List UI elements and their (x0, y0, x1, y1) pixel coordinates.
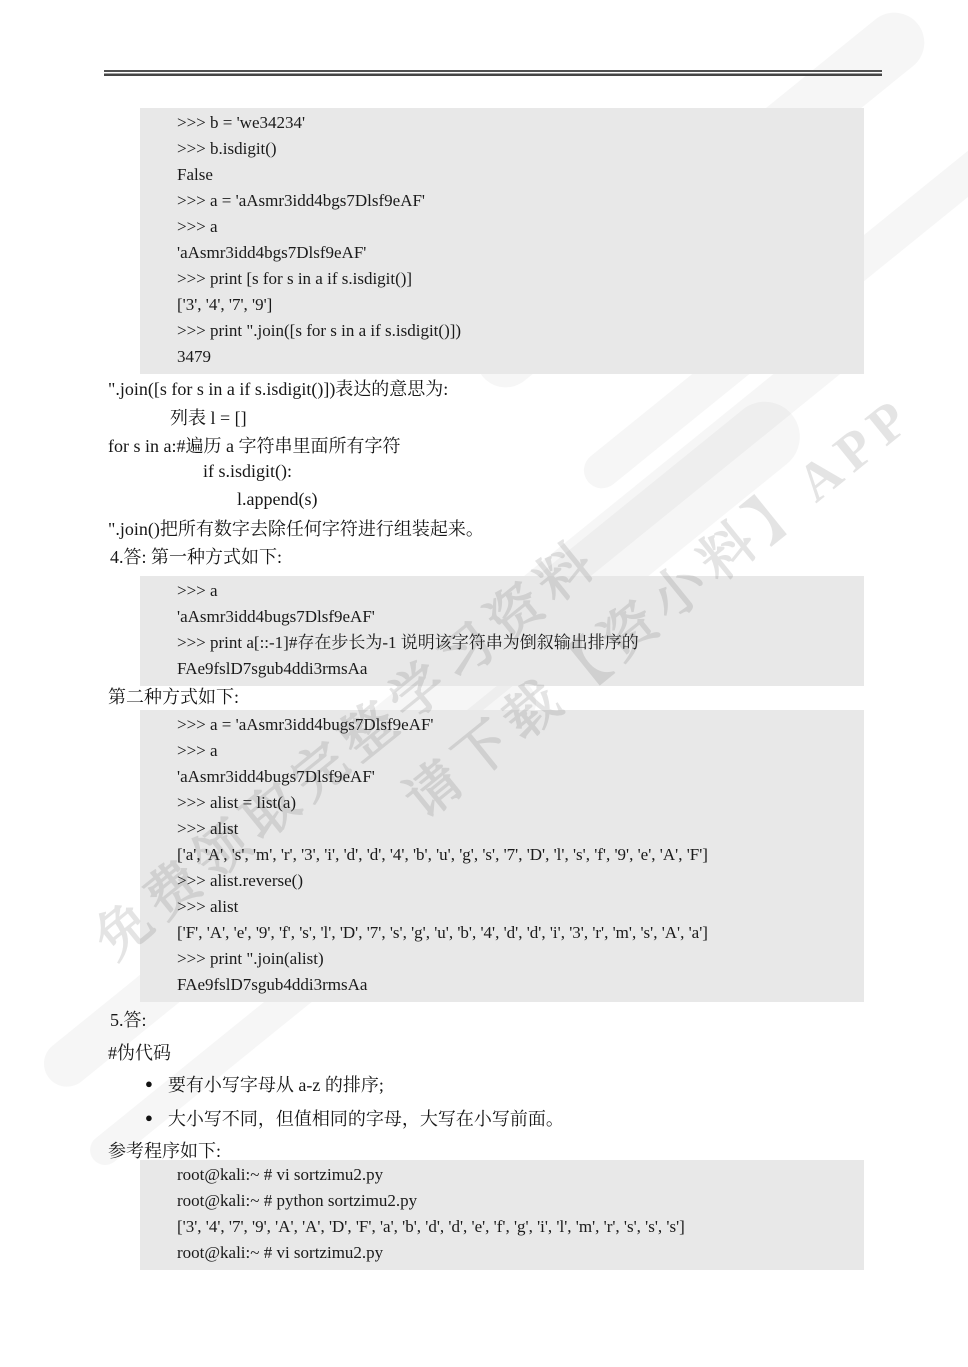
code-line: >>> alist (177, 894, 864, 920)
code-line: >>> print ".join(alist) (177, 946, 864, 972)
code-block-2: >>> a 'aAsmr3idd4bugs7Dlsf9eAF' >>> prin… (140, 576, 864, 686)
code-line: >>> a = 'aAsmr3idd4bugs7Dlsf9eAF' (177, 712, 864, 738)
para-append: l.append(s) (237, 489, 317, 510)
code-line: >>> alist = list(a) (177, 790, 864, 816)
bullet-marker: ● (145, 1076, 153, 1092)
code-line: FAe9fslD7sgub4ddi3rmsAa (177, 656, 864, 682)
para-list-init: 列表 l = [] (170, 404, 247, 430)
code-line: >>> a (177, 214, 864, 240)
code-block-1: >>> b = 'we34234' >>> b.isdigit() False … (140, 108, 864, 374)
code-line: ['3', '4', '7', '9'] (177, 292, 864, 318)
code-line: root@kali:~ # vi sortzimu2.py (177, 1240, 864, 1266)
code-line: >>> print ".join([s for s in a if s.isdi… (177, 318, 864, 344)
code-line: 'aAsmr3idd4bugs7Dlsf9eAF' (177, 604, 864, 630)
code-line: ['a', 'A', 's', 'm', 'r', '3', 'i', 'd',… (177, 842, 864, 868)
code-line: 'aAsmr3idd4bugs7Dlsf9eAF' (177, 764, 864, 790)
top-rule (104, 70, 882, 76)
code-line: >>> b.isdigit() (177, 136, 864, 162)
code-line: root@kali:~ # python sortzimu2.py (177, 1188, 864, 1214)
bullet-text: 要有小写字母从 a-z 的排序; (168, 1071, 384, 1097)
code-line: >>> a = 'aAsmr3idd4bgs7Dlsf9eAF' (177, 188, 864, 214)
code-line: >>> alist.reverse() (177, 868, 864, 894)
para-for-loop: for s in a:#遍历 a 字符串里面所有字符 (108, 432, 400, 458)
code-line: >>> a (177, 738, 864, 764)
code-block-3: >>> a = 'aAsmr3idd4bugs7Dlsf9eAF' >>> a … (140, 710, 864, 1002)
code-line: >>> b = 'we34234' (177, 110, 864, 136)
para-join-summary: ".join()把所有数字去除任何字符进行组装起来。 (108, 515, 484, 541)
code-block-4: root@kali:~ # vi sortzimu2.py root@kali:… (140, 1160, 864, 1270)
answer4-heading: 4.答: 第一种方式如下: (110, 543, 282, 569)
bullet-marker: ● (145, 1110, 153, 1126)
code-line: >>> print a[::-1]#存在步长为-1 说明该字符串为倒叙输出排序的 (177, 630, 864, 656)
code-line: ['F', 'A', 'e', '9', 'f', 's', 'l', 'D',… (177, 920, 864, 946)
method2-heading: 第二种方式如下: (108, 683, 239, 709)
bullet-item: ● 要有小写字母从 a-z 的排序; (145, 1071, 384, 1097)
para-join-meaning: ".join([s for s in a if s.isdigit()])表达的… (108, 375, 448, 401)
pseudocode-label: #伪代码 (108, 1039, 171, 1065)
code-line: FAe9fslD7sgub4ddi3rmsAa (177, 972, 864, 998)
code-line: root@kali:~ # vi sortzimu2.py (177, 1162, 864, 1188)
para-if-condition: if s.isdigit(): (203, 461, 292, 482)
code-line: >>> print [s for s in a if s.isdigit()] (177, 266, 864, 292)
document-page: { "colors": { "page_bg": "#ffffff", "cod… (0, 0, 968, 1367)
bullet-text: 大小写不同，但值相同的字母，大写在小写前面。 (168, 1105, 564, 1131)
code-line: >>> a (177, 578, 864, 604)
code-line: 'aAsmr3idd4bgs7Dlsf9eAF' (177, 240, 864, 266)
bullet-item: ● 大小写不同，但值相同的字母，大写在小写前面。 (145, 1105, 564, 1131)
answer5-heading: 5.答: (110, 1006, 147, 1032)
code-line: >>> alist (177, 816, 864, 842)
code-line: ['3', '4', '7', '9', 'A', 'A', 'D', 'F',… (177, 1214, 864, 1240)
code-line: 3479 (177, 344, 864, 370)
code-line: False (177, 162, 864, 188)
